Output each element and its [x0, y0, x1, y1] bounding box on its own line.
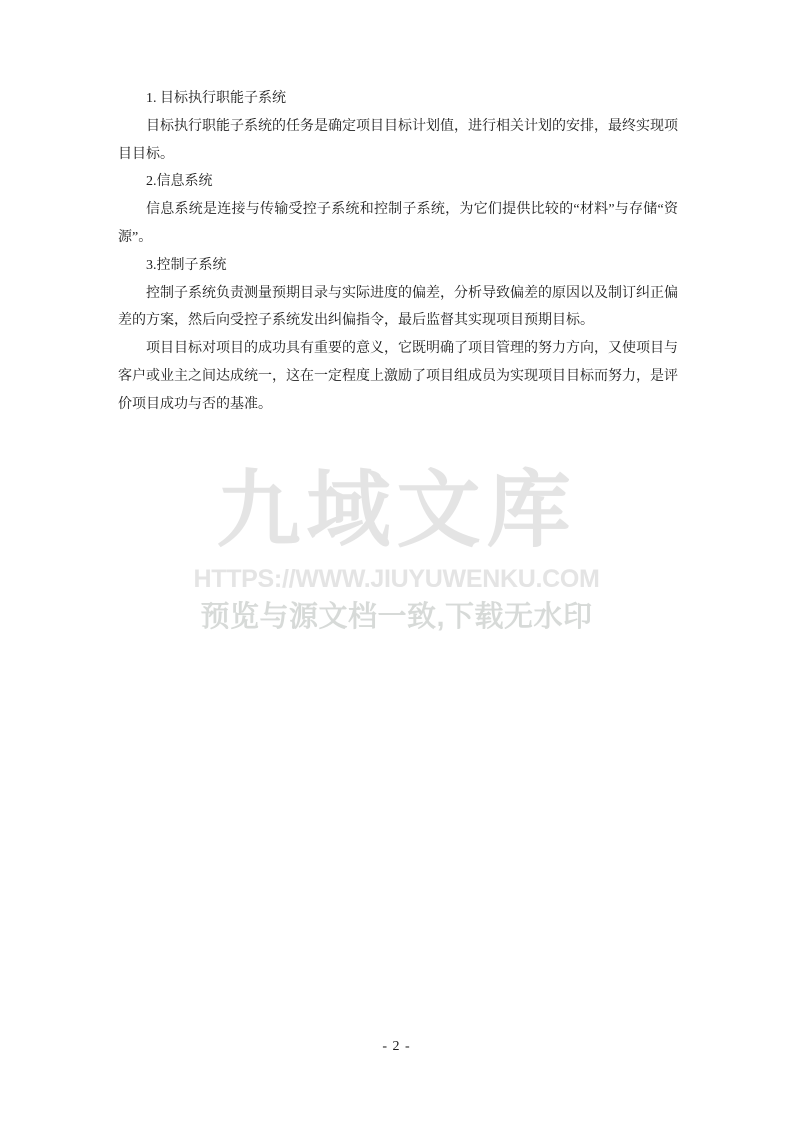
paragraph: 信息系统是连接与传输受控子系统和控制子系统，为它们提供比较的“材料”与存储“资源… [118, 196, 678, 252]
watermark-title: 九域文库 [0, 468, 793, 552]
paragraph-numbered-heading: 3.控制子系统 [118, 252, 678, 280]
paragraph-numbered-heading: 1. 目标执行职能子系统 [118, 85, 678, 113]
page-number: - 2 - [0, 1039, 793, 1055]
watermark-tagline: 预览与源文档一致,下载无水印 [0, 601, 793, 634]
paragraph-numbered-heading: 2.信息系统 [118, 168, 678, 196]
watermark-url: HTTPS://WWW.JIUYUWENKU.COM [0, 567, 793, 592]
paragraph: 目标执行职能子系统的任务是确定项目目标计划值，进行相关计划的安排，最终实现项目目… [118, 113, 678, 169]
document-page: 九域文库 HTTPS://WWW.JIUYUWENKU.COM 预览与源文档一致… [0, 0, 793, 1122]
paragraph: 项目目标对项目的成功具有重要的意义，它既明确了项目管理的努力方向，又使项目与客户… [118, 335, 678, 418]
paragraph: 控制子系统负责测量预期目录与实际进度的偏差，分析导致偏差的原因以及制订纠正偏差的… [118, 280, 678, 336]
document-content: 1. 目标执行职能子系统 目标执行职能子系统的任务是确定项目目标计划值，进行相关… [118, 85, 678, 419]
